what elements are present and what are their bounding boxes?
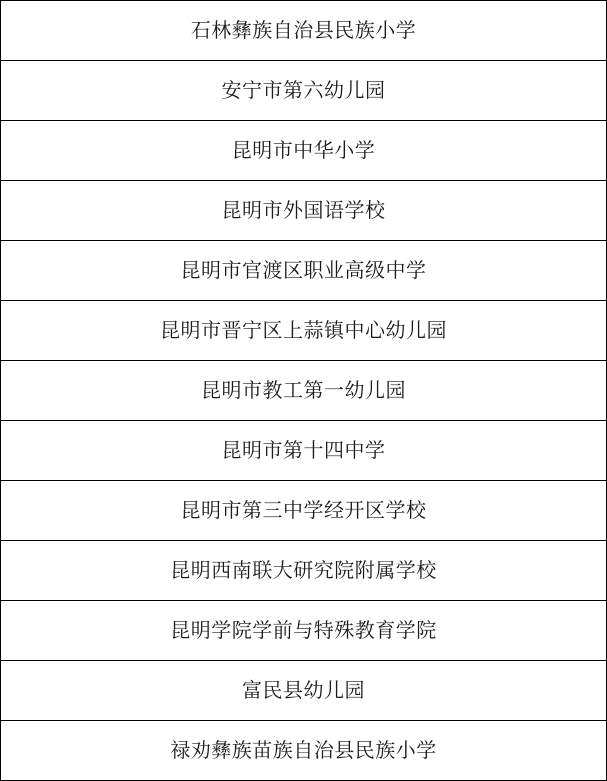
school-name: 昆明市外国语学校 — [222, 201, 386, 221]
table-row: 安宁市第六幼儿园 — [1, 61, 606, 121]
school-name: 昆明学院学前与特殊教育学院 — [170, 621, 437, 641]
table-row: 昆明西南联大研究院附属学校 — [1, 541, 606, 601]
table-row: 昆明学院学前与特殊教育学院 — [1, 601, 606, 661]
school-list-table: 石林彝族自治县民族小学 安宁市第六幼儿园 昆明市中华小学 昆明市外国语学校 昆明… — [0, 0, 607, 781]
school-name: 昆明市中华小学 — [232, 141, 376, 161]
school-name: 富民县幼儿园 — [242, 681, 365, 701]
table-row: 昆明市第三中学经开区学校 — [1, 481, 606, 541]
school-name: 昆明市第十四中学 — [222, 441, 386, 461]
table-row: 昆明市外国语学校 — [1, 181, 606, 241]
school-name: 昆明市晋宁区上蒜镇中心幼儿园 — [160, 321, 447, 341]
school-name: 昆明市教工第一幼儿园 — [201, 381, 406, 401]
table-row: 禄劝彝族苗族自治县民族小学 — [1, 721, 606, 780]
table-row: 昆明市官渡区职业高级中学 — [1, 241, 606, 301]
school-name: 禄劝彝族苗族自治县民族小学 — [170, 741, 437, 761]
table-row: 昆明市教工第一幼儿园 — [1, 361, 606, 421]
school-name: 昆明西南联大研究院附属学校 — [170, 561, 437, 581]
table-row: 昆明市第十四中学 — [1, 421, 606, 481]
table-row: 石林彝族自治县民族小学 — [1, 1, 606, 61]
school-name: 昆明市官渡区职业高级中学 — [181, 261, 427, 281]
school-name: 安宁市第六幼儿园 — [222, 81, 386, 101]
school-name: 昆明市第三中学经开区学校 — [181, 501, 427, 521]
table-row: 昆明市中华小学 — [1, 121, 606, 181]
school-name: 石林彝族自治县民族小学 — [191, 21, 417, 41]
table-row: 富民县幼儿园 — [1, 661, 606, 721]
table-row: 昆明市晋宁区上蒜镇中心幼儿园 — [1, 301, 606, 361]
